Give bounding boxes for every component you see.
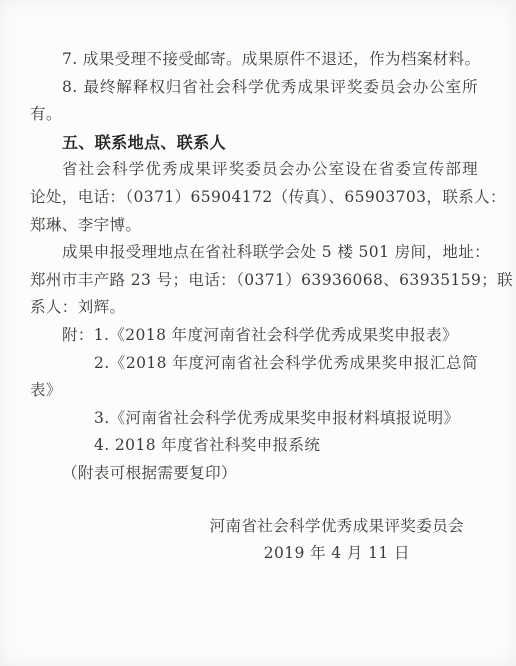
issuer-signature: 河南省社会科学优秀成果评奖委员会 [210, 513, 464, 541]
section-5-heading: 五、联系地点、联系人 [30, 129, 478, 157]
attachment-item-2-line-2: 表》 [30, 377, 478, 405]
signature-block: 河南省社会科学优秀成果评奖委员会 2019 年 4 月 11 日 [210, 513, 464, 568]
acceptance-location-line-1: 成果申报受理地点在省社科联学会处 5 楼 501 房间，地址： [30, 239, 478, 267]
contact-office-line-3: 郑琳、李宇博。 [30, 212, 478, 240]
attachment-item-3: 3.《河南省社会科学优秀成果奖申报材料填报说明》 [30, 405, 478, 433]
clause-7-line: 7. 成果受理不接受邮寄。成果原件不退还，作为档案材料。 [30, 46, 478, 74]
clause-8-line-2: 有。 [30, 101, 478, 129]
document-page: 7. 成果受理不接受邮寄。成果原件不退还，作为档案材料。 8. 最终解释权归省社… [0, 0, 516, 666]
attachment-item-1: 附：1.《2018 年度河南省社会科学优秀成果奖申报表》 [30, 322, 478, 350]
contact-office-line-1: 省社会科学优秀成果评奖委员会办公室设在省委宣传部理 [30, 156, 478, 184]
contact-office-line-2: 论处，电话：（0371）65904172（传真）、65903703，联系人： [30, 184, 478, 212]
copy-note: （附表可根据需要复印） [30, 460, 478, 488]
attachment-item-2-line-1: 2.《2018 年度河南省社会科学优秀成果奖申报汇总简 [30, 350, 478, 378]
acceptance-location-line-3: 系人：刘辉。 [30, 294, 478, 322]
attachment-item-4: 4. 2018 年度省社科奖申报系统 [30, 432, 478, 460]
clause-8-line-1: 8. 最终解释权归省社会科学优秀成果评奖委员会办公室所 [30, 74, 478, 102]
acceptance-location-line-2: 郑州市丰产路 23 号；电话：（0371）63936068、63935159；联 [30, 267, 478, 295]
issue-date: 2019 年 4 月 11 日 [210, 540, 464, 568]
